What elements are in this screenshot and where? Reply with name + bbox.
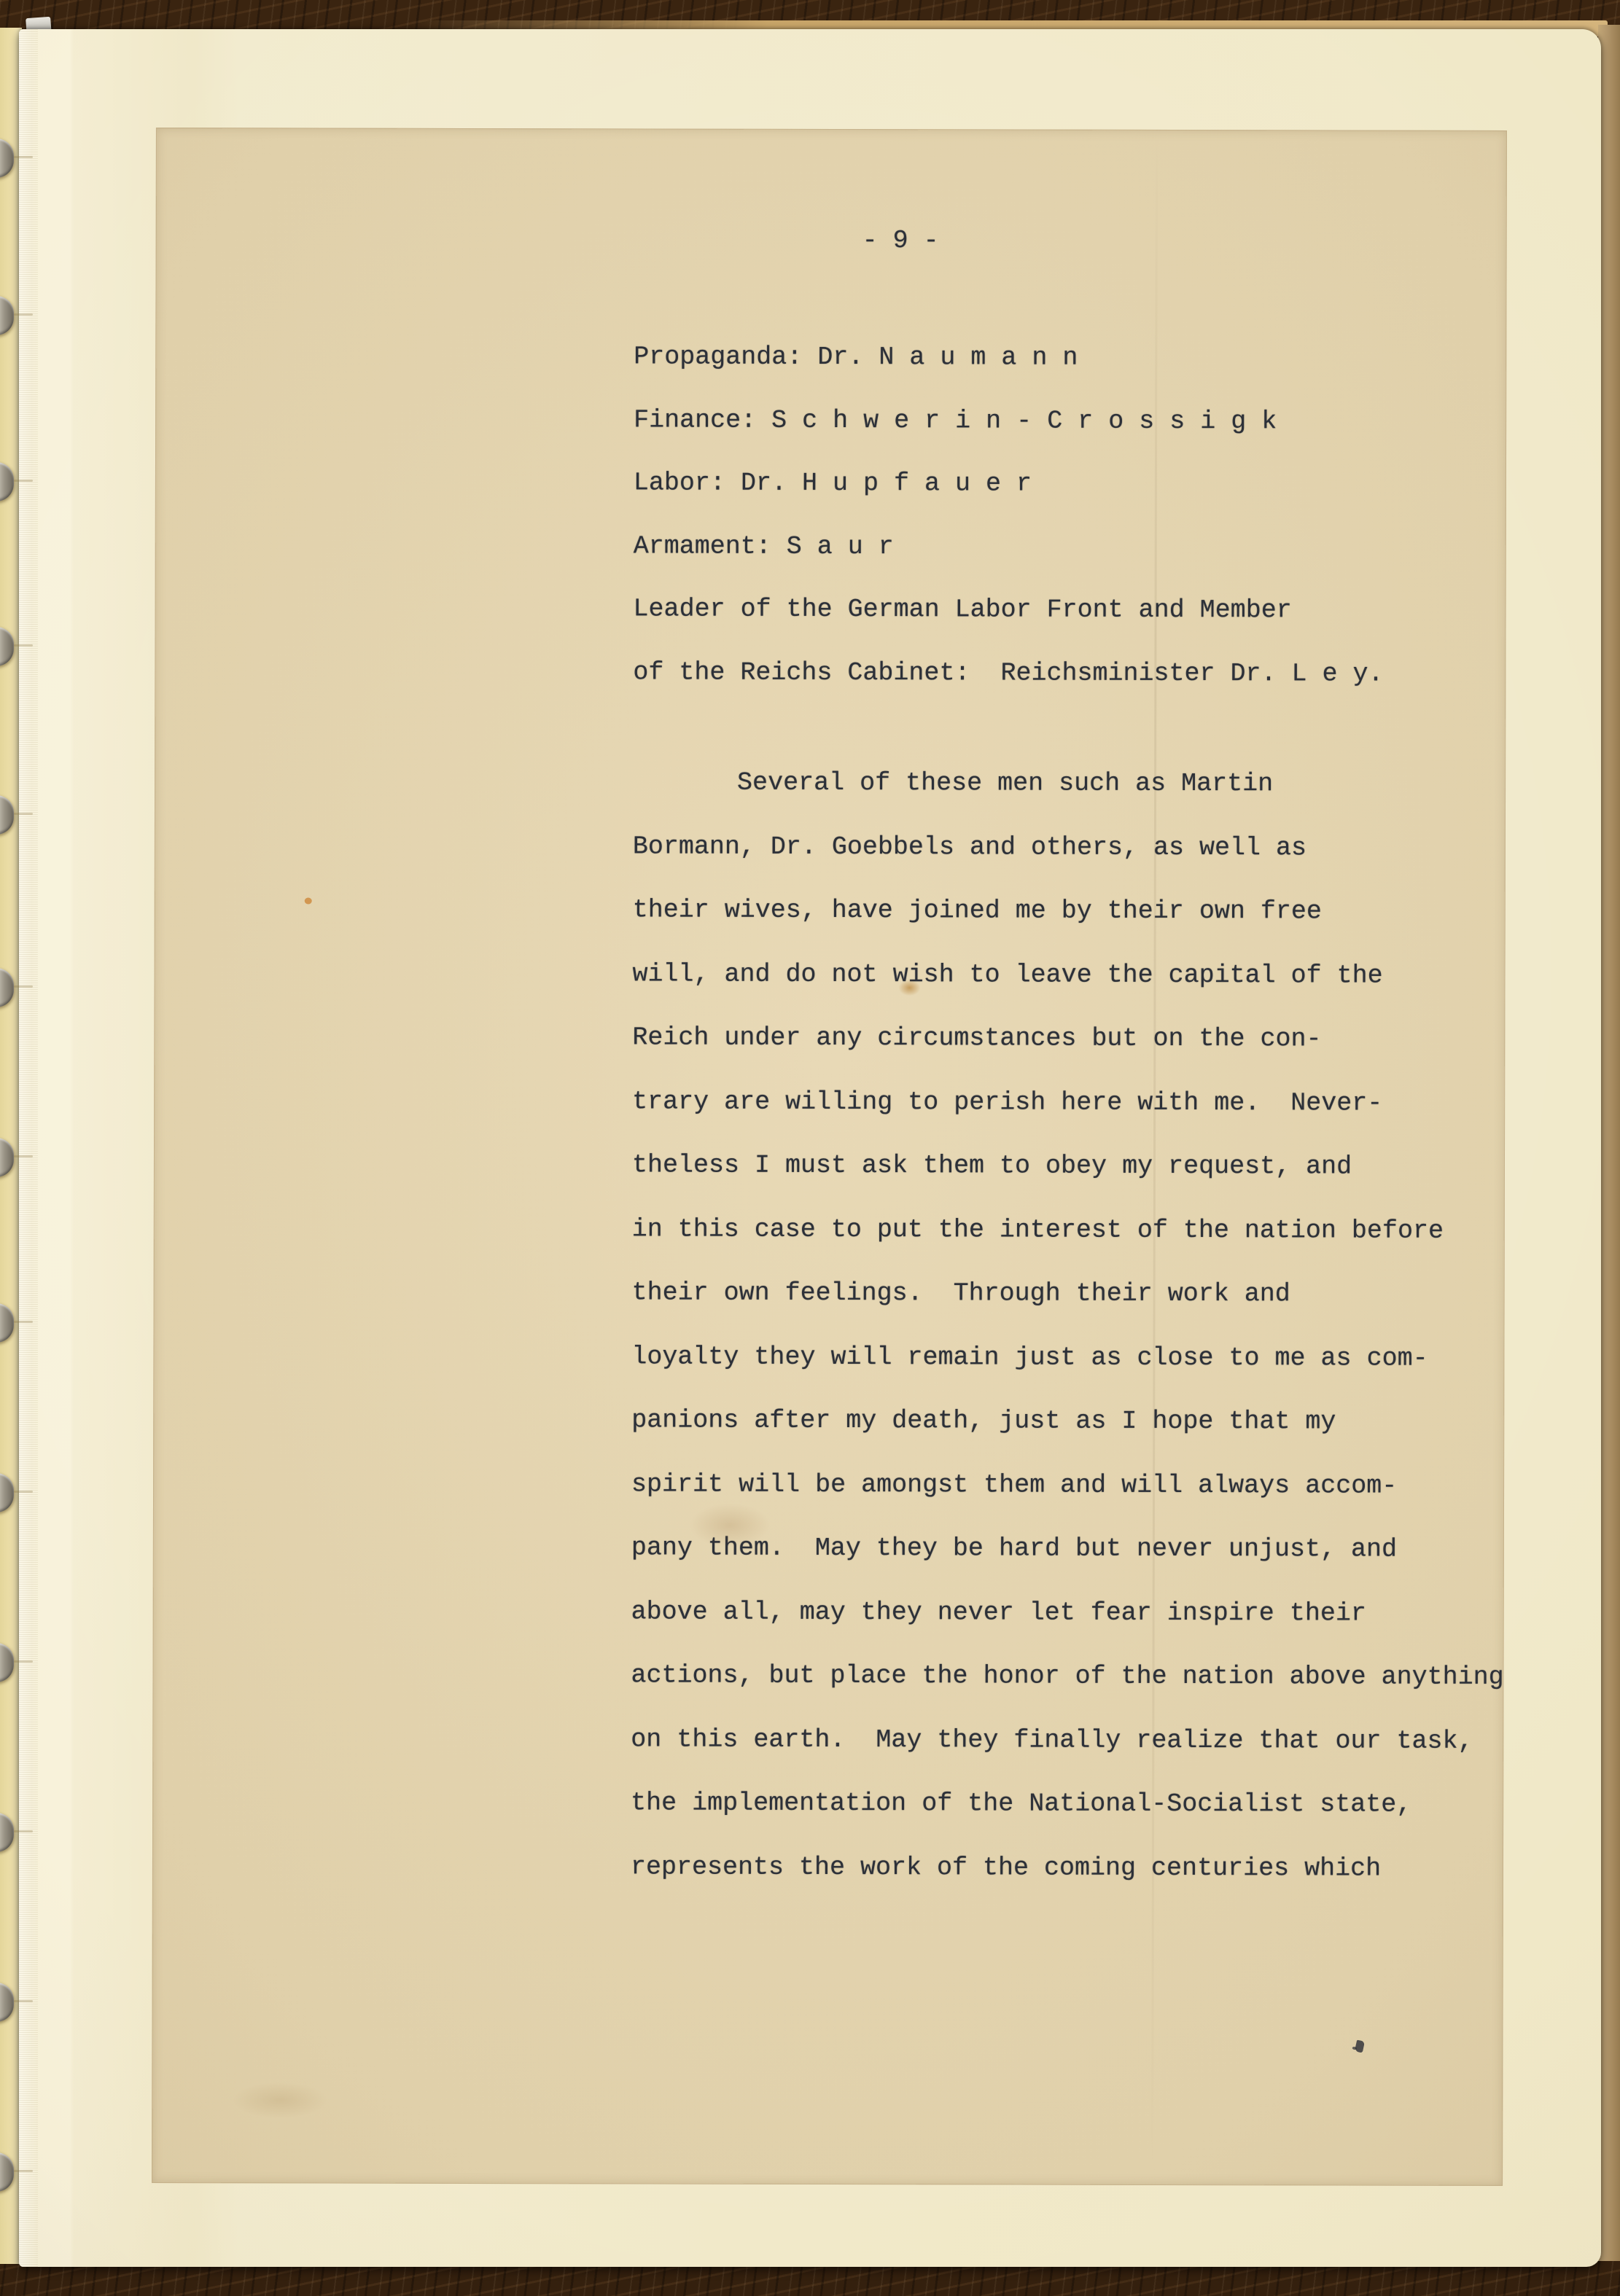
typewritten-line: Finance: S c h w e r i n - C r o s s i g… bbox=[634, 388, 1384, 453]
typewritten-line: Armament: S a u r bbox=[634, 515, 1384, 579]
typewritten-line: Propaganda: Dr. N a u m a n n bbox=[634, 325, 1384, 390]
typewritten-line: the implementation of the National-Socia… bbox=[631, 1771, 1535, 1837]
typewritten-line: actions, but place the honor of the nati… bbox=[631, 1644, 1535, 1709]
typewritten-line: theless I must ask them to obey my reque… bbox=[632, 1133, 1536, 1199]
underlying-page-edge bbox=[1598, 25, 1620, 2261]
typewritten-sheet: - 9 - Propaganda: Dr. N a u m a n n Fina… bbox=[152, 128, 1507, 2186]
typewritten-line: represents the work of the coming centur… bbox=[631, 1835, 1535, 1901]
paper-stain bbox=[690, 1504, 770, 1547]
cabinet-appointments-block: Propaganda: Dr. N a u m a n n Finance: S… bbox=[633, 325, 1384, 705]
typewritten-line: Leader of the German Labor Front and Mem… bbox=[633, 577, 1383, 642]
typewritten-line: of the Reichs Cabinet: Reichsminister Dr… bbox=[633, 641, 1383, 706]
typewritten-line: will, and do not wish to leave the capit… bbox=[632, 942, 1536, 1008]
paper-stain bbox=[233, 2082, 327, 2118]
typewritten-line: above all, may they never let fear inspi… bbox=[631, 1580, 1535, 1646]
typewritten-line: their wives, have joined me by their own… bbox=[633, 878, 1537, 944]
paper-stain bbox=[898, 980, 920, 996]
typewritten-line: Labor: Dr. H u p f a u e r bbox=[634, 451, 1384, 516]
typewritten-line: Reich under any circumstances but on the… bbox=[632, 1006, 1536, 1071]
album-page: - 9 - Propaganda: Dr. N a u m a n n Fina… bbox=[19, 29, 1601, 2267]
page-number: - 9 - bbox=[862, 219, 939, 262]
typewritten-line: Bormann, Dr. Goebbels and others, as wel… bbox=[633, 815, 1537, 880]
typewritten-line: Several of these men such as Martin bbox=[633, 751, 1537, 816]
typewritten-line: their own feelings. Through their work a… bbox=[632, 1261, 1536, 1327]
scanned-album-spread: - 9 - Propaganda: Dr. N a u m a n n Fina… bbox=[0, 0, 1620, 2296]
testament-paragraph-block: Several of these men such as Martin Borm… bbox=[631, 751, 1537, 1901]
paper-stain bbox=[305, 897, 312, 904]
ink-mark bbox=[1355, 2040, 1365, 2053]
typewritten-line: panions after my death, just as I hope t… bbox=[631, 1389, 1535, 1454]
typewritten-line: loyalty they will remain just as close t… bbox=[631, 1325, 1535, 1391]
typewritten-line: spirit will be amongst them and will alw… bbox=[631, 1453, 1535, 1518]
typewritten-line: trary are willing to perish here with me… bbox=[632, 1070, 1536, 1136]
typewritten-line: in this case to put the interest of the … bbox=[632, 1198, 1536, 1263]
typewritten-line: on this earth. May they finally realize … bbox=[631, 1708, 1535, 1773]
bound-page-edge bbox=[19, 29, 38, 2267]
